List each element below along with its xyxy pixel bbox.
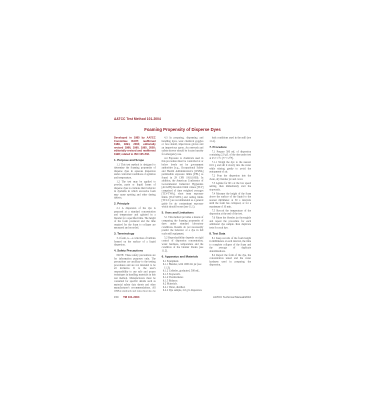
- paragraph: 5.1 This method provides a means of comp…: [162, 216, 204, 236]
- section-heading: 7. Procedure: [209, 145, 251, 149]
- section-heading: 3. Terminology: [114, 232, 156, 236]
- paragraph: 7.5 Record the temperature of the disper…: [209, 209, 251, 216]
- text-column-1: Developed in 1985 by AATCC Committee RA8…: [114, 136, 156, 292]
- paragraph: 2.1 A dispersion of the dye is prepared …: [114, 207, 156, 230]
- section-heading: 1. Purpose and Scope: [114, 158, 156, 162]
- paragraph: 5.2 Reproducibility depends on rigid con…: [162, 236, 204, 252]
- paragraph: 7.2 Pour the dispersion into the clean, …: [209, 174, 251, 181]
- section-heading: 6. Apparatus and Materials: [162, 255, 204, 259]
- page-number: 150: [114, 296, 119, 299]
- paragraph: 4.3 In preparing, dispensing and handlin…: [162, 136, 204, 156]
- paragraph: 4.4 Exposure to chemicals used in this p…: [162, 157, 204, 209]
- paragraph: 8.2 Report the form of the dye, the conc…: [209, 254, 251, 267]
- paragraph: 1.1 This test method is designed to dete…: [114, 163, 156, 179]
- paragraph: 7.1.1 Weigh the dye to the nearest 0.01 …: [209, 161, 251, 174]
- section-heading: 8. Test Data: [209, 232, 251, 236]
- page-footer: 150 TM 101-2004 AATCC Technical Manual/2…: [114, 296, 251, 299]
- developed-by-block: Developed in 1985 by AATCC Committee RA8…: [114, 136, 156, 156]
- paragraph: bath conditions used in the mill (see 11…: [209, 136, 251, 143]
- paragraph: 7.3 Agitate for 60 s at the low speed se…: [209, 182, 251, 192]
- paragraph: 7.6 Rinse the blender jar thoroughly and…: [209, 216, 251, 229]
- paragraph: 7.1 Prepare 500 mL of dispersion contain…: [209, 150, 251, 160]
- section-heading: 5. Uses and Limitations: [162, 211, 204, 215]
- method-number-footer: TM 101-2004: [123, 296, 139, 299]
- paragraph: 7.4 Measure the height of the foam above…: [209, 192, 251, 208]
- list-item: 6.2.2 Dye sample, 2.0 g/L dispersion.: [162, 289, 204, 292]
- page-title: Foaming Propensity of Disperse Dyes: [114, 127, 251, 132]
- document-preview-canvas: AATCC Test Method 101-2004 Foaming Prope…: [0, 0, 368, 420]
- section-heading: 2. Principle: [114, 202, 156, 206]
- body-columns: Developed in 1985 by AATCC Committee RA8…: [114, 136, 251, 292]
- manual-name-footer: AATCC Technical Manual/2010: [213, 296, 251, 299]
- paragraph: 8.1 Keep records of the foam height in m…: [209, 237, 251, 253]
- paragraph: 1.2 The test may be applied to powder, p…: [114, 180, 156, 200]
- document-page: AATCC Test Method 101-2004 Foaming Prope…: [114, 117, 251, 302]
- text-column-3: bath conditions used in the mill (see 11…: [209, 136, 251, 292]
- section-heading: 4. Safety Precautions: [114, 249, 156, 253]
- text-column-2: 4.3 In preparing, dispensing and handlin…: [162, 136, 204, 292]
- method-number-header: AATCC Test Method 101-2004: [114, 117, 251, 121]
- paragraph: 3.1 foam, n.—a collection of bubbles for…: [114, 237, 156, 247]
- footer-left: 150 TM 101-2004: [114, 296, 139, 299]
- paragraph: NOTE: These safety precautions are for i…: [114, 254, 156, 292]
